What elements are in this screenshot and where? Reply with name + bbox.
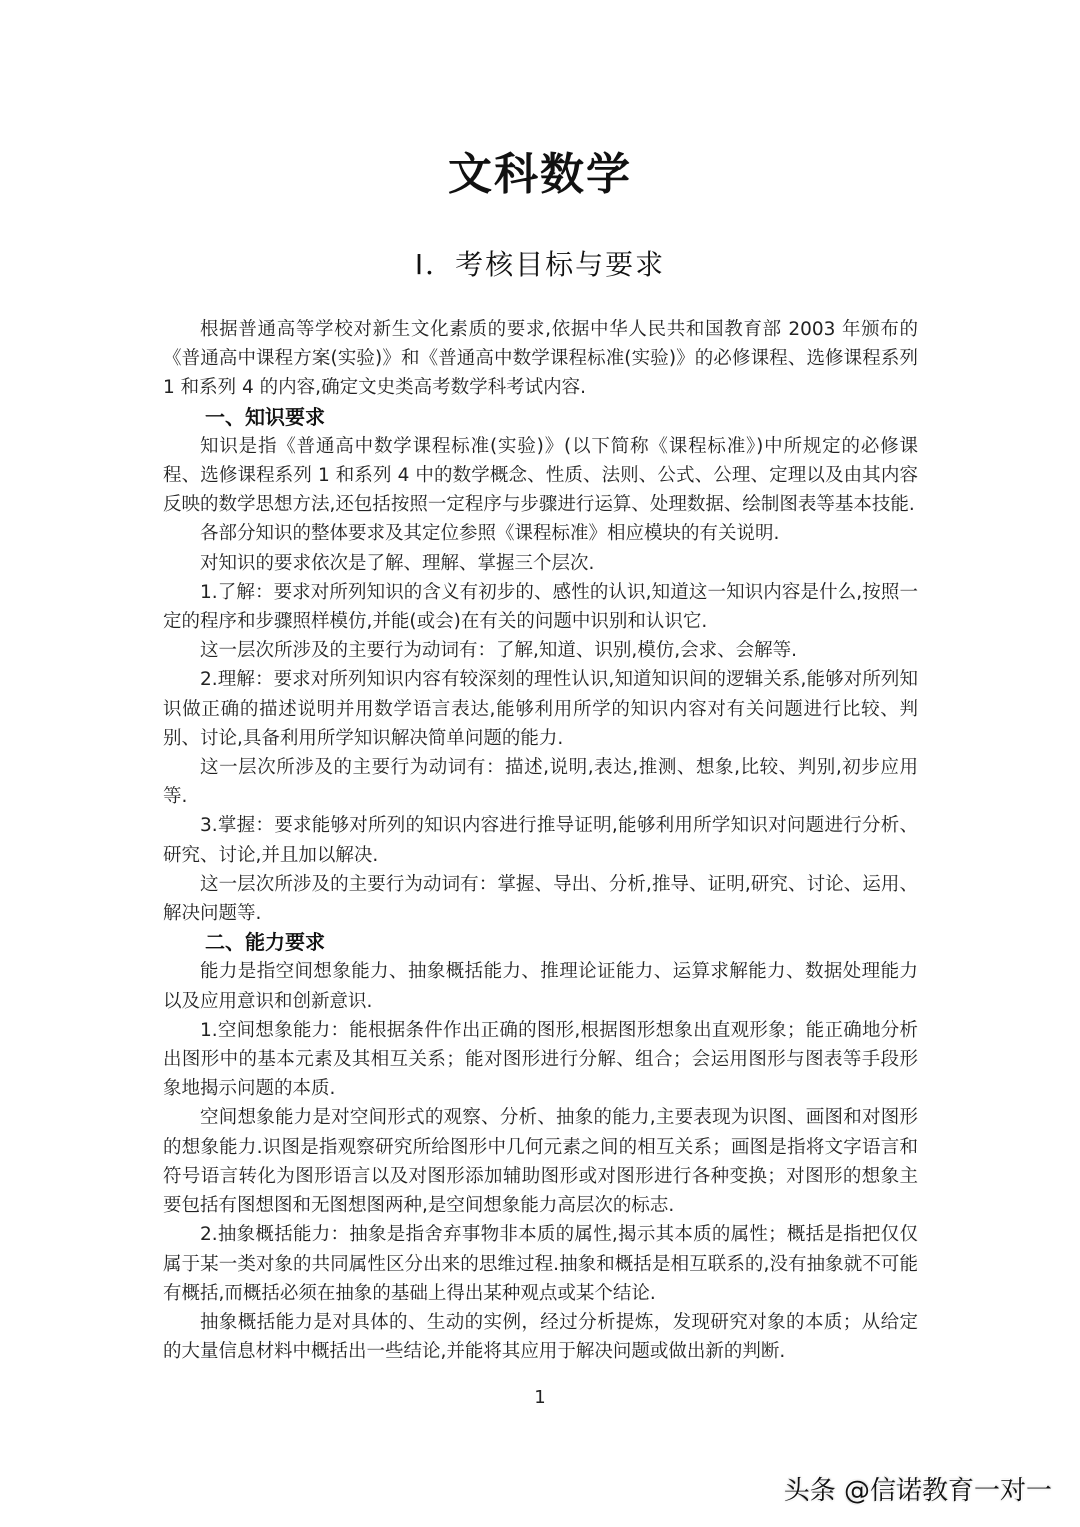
document-body: 根据普通高等学校对新生文化素质的要求,依据中华人民共和国教育部 2003 年颁布… [163, 315, 918, 1366]
section-heading-ability: 二、能力要求 [163, 928, 918, 957]
document-page: 文科数学 Ⅰ．考核目标与要求 根据普通高等学校对新生文化素质的要求,依据中华人民… [0, 0, 1080, 1527]
paragraph: 对知识的要求依次是了解、理解、掌握三个层次. [163, 549, 918, 578]
intro-paragraph: 根据普通高等学校对新生文化素质的要求,依据中华人民共和国教育部 2003 年颁布… [163, 315, 918, 403]
section-heading-knowledge: 一、知识要求 [163, 403, 918, 432]
page-number: 1 [0, 1387, 1080, 1408]
paragraph: 这一层次所涉及的主要行为动词有：描述,说明,表达,推测、想象,比较、判别,初步应… [163, 753, 918, 811]
paragraph: 3.掌握：要求能够对所列的知识内容进行推导证明,能够利用所学知识对问题进行分析、… [163, 811, 918, 869]
paragraph: 1.了解：要求对所列知识的含义有初步的、感性的认识,知道这一知识内容是什么,按照… [163, 578, 918, 636]
paragraph: 知识是指《普通高中数学课程标准(实验)》(以下简称《课程标准》)中所规定的必修课… [163, 432, 918, 520]
paragraph: 1.空间想象能力：能根据条件作出正确的图形,根据图形想象出直观形象；能正确地分析… [163, 1016, 918, 1104]
paragraph: 各部分知识的整体要求及其定位参照《课程标准》相应模块的有关说明. [163, 519, 918, 548]
paragraph: 抽象概括能力是对具体的、生动的实例，经过分析提炼，发现研究对象的本质；从给定的大… [163, 1308, 918, 1366]
watermark: 头条 @信诺教育一对一 [784, 1470, 1052, 1507]
paragraph: 2.理解：要求对所列知识内容有较深刻的理性认识,知道知识间的逻辑关系,能够对所列… [163, 665, 918, 753]
part-title: Ⅰ．考核目标与要求 [0, 243, 1080, 283]
paragraph: 空间想象能力是对空间形式的观察、分析、抽象的能力,主要表现为识图、画图和对图形的… [163, 1103, 918, 1220]
paragraph: 能力是指空间想象能力、抽象概括能力、推理论证能力、运算求解能力、数据处理能力以及… [163, 957, 918, 1015]
paragraph: 2.抽象概括能力：抽象是指舍弃事物非本质的属性,揭示其本质的属性；概括是指把仅仅… [163, 1220, 918, 1308]
paragraph: 这一层次所涉及的主要行为动词有：掌握、导出、分析,推导、证明,研究、讨论、运用、… [163, 870, 918, 928]
paragraph: 这一层次所涉及的主要行为动词有：了解,知道、识别,模仿,会求、会解等. [163, 636, 918, 665]
document-title: 文科数学 [0, 138, 1080, 202]
